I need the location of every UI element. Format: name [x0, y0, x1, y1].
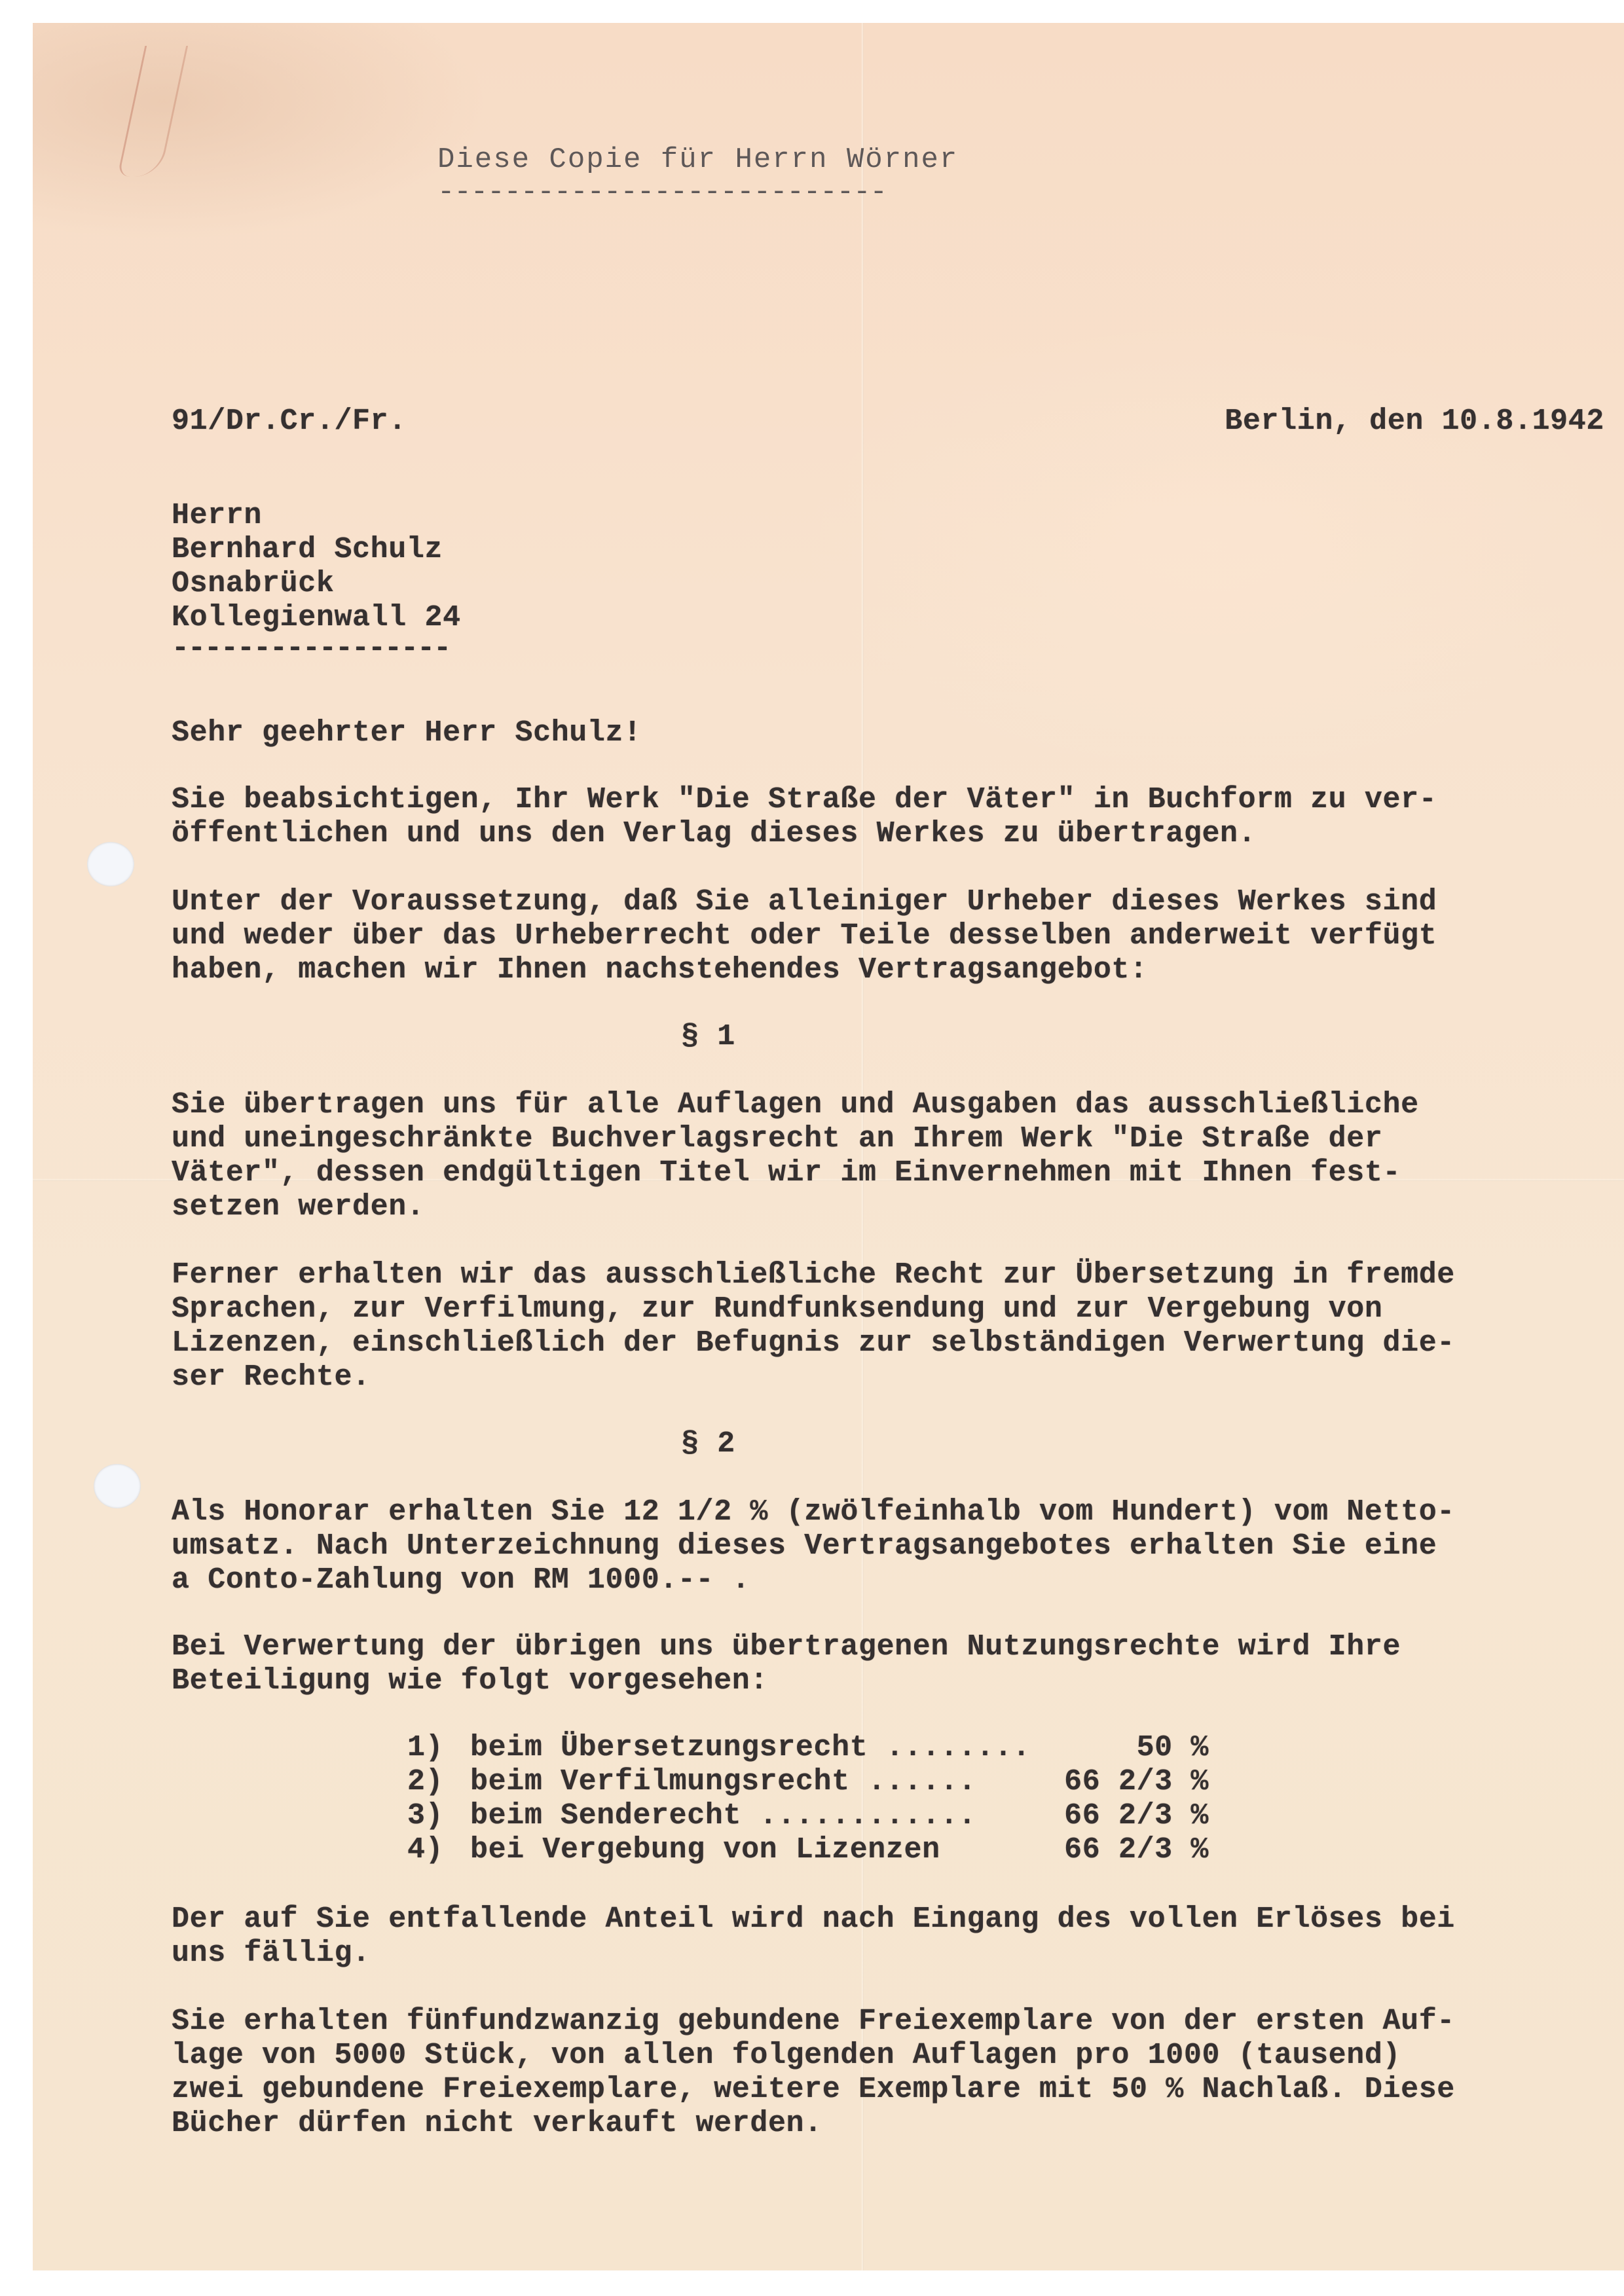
- text-line: und uneingeschränkte Buchverlagsrecht an…: [172, 1122, 1612, 1156]
- text-line: zwei gebundene Freiexemplare, weitere Ex…: [172, 2073, 1612, 2107]
- punch-hole-upper: [87, 842, 134, 886]
- corner-crease: [117, 46, 189, 177]
- share-label: beim Übersetzungsrecht ........: [470, 1731, 1031, 1765]
- share-number: 1): [407, 1731, 443, 1765]
- share-label: bei Vergebung von Lizenzen: [470, 1833, 940, 1867]
- text-line: Sie übertragen uns für alle Auflagen und…: [172, 1088, 1612, 1122]
- text-line: Sie erhalten fünfundzwanzig gebundene Fr…: [172, 2005, 1612, 2039]
- text-line: umsatz. Nach Unterzeichnung dieses Vertr…: [172, 1529, 1612, 1563]
- section-2-heading: § 2: [681, 1427, 735, 1461]
- text-line: Bei Verwertung der übrigen uns übertrage…: [172, 1630, 1612, 1664]
- share-value: 50 %: [1137, 1731, 1209, 1765]
- share-number: 4): [407, 1833, 443, 1867]
- share-value: 66 2/3 %: [1064, 1765, 1209, 1799]
- share-value: 66 2/3 %: [1064, 1833, 1209, 1867]
- text-line: Väter", dessen endgültigen Titel wir im …: [172, 1156, 1612, 1190]
- share-number: 3): [407, 1799, 443, 1833]
- section-1-heading: § 1: [681, 1020, 735, 1054]
- address-street: Kollegienwall 24: [172, 601, 461, 635]
- text-line: Unter der Voraussetzung, daß Sie alleini…: [172, 885, 1612, 919]
- text-line: Sprachen, zur Verfilmung, zur Rundfunkse…: [172, 1292, 1612, 1326]
- place-date: Berlin, den 10.8.1942: [1225, 405, 1604, 439]
- punch-hole-lower: [94, 1464, 141, 1508]
- text-line: Beteiligung wie folgt vorgesehen:: [172, 1664, 1612, 1698]
- reference-code: 91/Dr.Cr./Fr.: [172, 405, 407, 439]
- text-line: Ferner erhalten wir das ausschließliche …: [172, 1258, 1612, 1292]
- address-city: Osnabrück: [172, 567, 334, 601]
- address-name: Bernhard Schulz: [172, 533, 443, 567]
- copy-note-underline: ---------------------------: [437, 175, 887, 210]
- share-value: 66 2/3 %: [1064, 1799, 1209, 1833]
- text-line: und weder über das Urheberrecht oder Tei…: [172, 919, 1612, 953]
- text-line: Der auf Sie entfallende Anteil wird nach…: [172, 1903, 1612, 1937]
- text-line: a Conto-Zahlung von RM 1000.-- .: [172, 1563, 1612, 1597]
- text-line: setzen werden.: [172, 1190, 1612, 1224]
- text-line: haben, machen wir Ihnen nachstehendes Ve…: [172, 953, 1612, 987]
- address-underline: -----------------: [172, 632, 450, 666]
- text-line: uns fällig.: [172, 1937, 1612, 1971]
- text-line: Bücher dürfen nicht verkauft werden.: [172, 2107, 1612, 2141]
- text-line: Sie beabsichtigen, Ihr Werk "Die Straße …: [172, 783, 1612, 817]
- share-label: beim Verfilmungsrecht ......: [470, 1765, 976, 1799]
- share-number: 2): [407, 1765, 443, 1799]
- text-line: Als Honorar erhalten Sie 12 1/2 % (zwölf…: [172, 1495, 1612, 1529]
- copy-note: Diese Copie für Herrn Wörner: [437, 143, 958, 177]
- text-line: lage von 5000 Stück, von allen folgenden…: [172, 2039, 1612, 2073]
- share-label: beim Senderecht ............: [470, 1799, 976, 1833]
- text-line: ser Rechte.: [172, 1360, 1612, 1394]
- greeting: Sehr geehrter Herr Schulz!: [172, 716, 642, 750]
- address-salutation: Herrn: [172, 499, 262, 533]
- text-line: öffentlichen und uns den Verlag dieses W…: [172, 817, 1612, 851]
- text-line: Lizenzen, einschließlich der Befugnis zu…: [172, 1326, 1612, 1360]
